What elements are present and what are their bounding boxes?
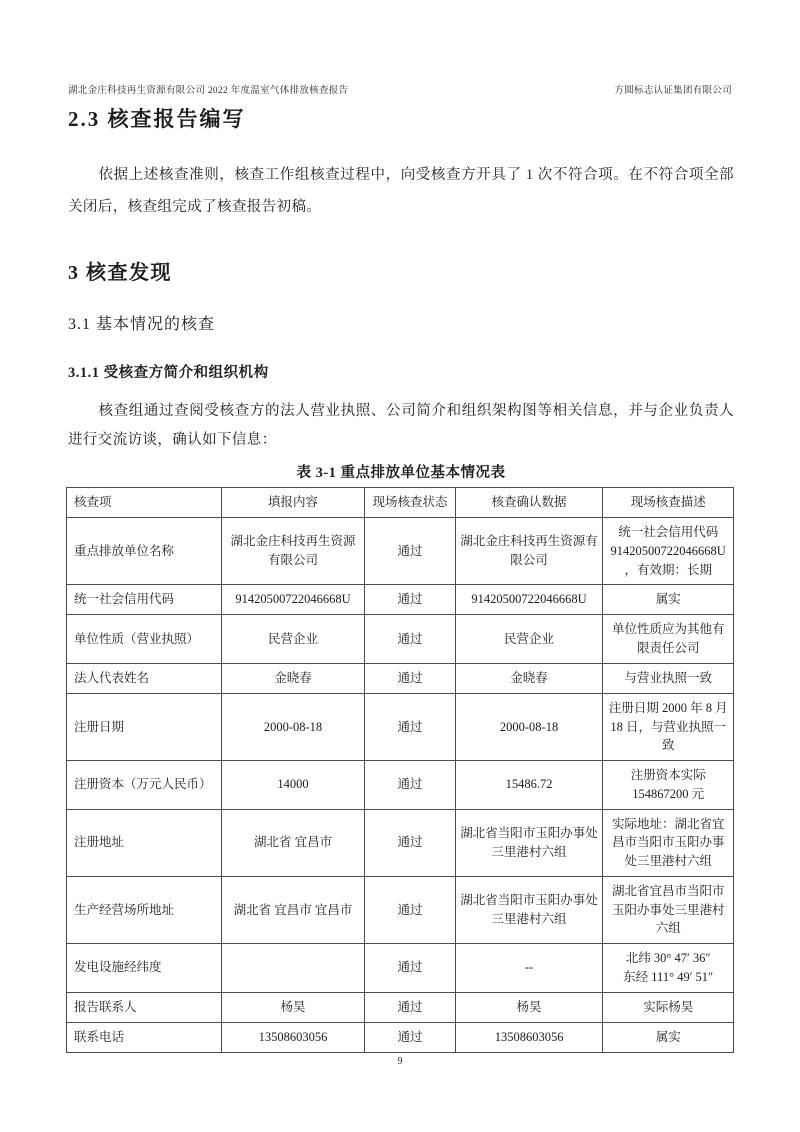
table-cell: -- xyxy=(455,944,603,993)
section-3-1-1-paragraph: 核查组通过查阅受核查方的法人营业执照、公司简介和组织架构图等相关信息，并与企业负… xyxy=(68,397,734,455)
table-cell: 属实 xyxy=(603,1022,734,1052)
table-cell: 发电设施经纬度 xyxy=(67,944,222,993)
table-cell: 湖北金庄科技再生资源有限公司 xyxy=(455,518,603,585)
section-3-heading: 3 核查发现 xyxy=(68,256,172,285)
table-cell: 民营企业 xyxy=(455,615,603,664)
table-cell: 注册日期 2000 年 8 月 18 日，与营业执照一致 xyxy=(603,693,734,760)
table-cell xyxy=(221,944,365,993)
table-cell: 北纬 30° 47′ 36″ 东经 111° 49′ 51″ xyxy=(603,944,734,993)
table-cell: 联系电话 xyxy=(67,1022,222,1052)
table-cell: 注册地址 xyxy=(67,809,222,876)
table-row: 报告联系人杨昊通过杨昊实际杨昊 xyxy=(67,992,734,1022)
table-cell: 湖北省 宜昌市 宜昌市 xyxy=(221,876,365,943)
table-cell: 金晓春 xyxy=(221,663,365,693)
table-cell: 2000-08-18 xyxy=(455,693,603,760)
table-cell: 与营业执照一致 xyxy=(603,663,734,693)
table-row: 注册资本（万元人民币）14000通过15486.72注册资本实际 1548672… xyxy=(67,761,734,810)
table-row: 发电设施经纬度通过--北纬 30° 47′ 36″ 东经 111° 49′ 51… xyxy=(67,944,734,993)
page-header-right: 方圆标志认证集团有限公司 xyxy=(614,82,732,96)
table-cell: 属实 xyxy=(603,585,734,615)
table-cell: 民营企业 xyxy=(221,615,365,664)
table-cell: 实际杨昊 xyxy=(603,992,734,1022)
table-cell: 重点排放单位名称 xyxy=(67,518,222,585)
table-cell: 通过 xyxy=(365,761,455,810)
table-cell: 法人代表姓名 xyxy=(67,663,222,693)
table-cell: 注册资本实际 154867200 元 xyxy=(603,761,734,810)
table-body: 重点排放单位名称湖北金庄科技再生资源有限公司通过湖北金庄科技再生资源有限公司统一… xyxy=(67,518,734,1053)
table-cell: 单位性质（营业执照） xyxy=(67,615,222,664)
table-cell: 通过 xyxy=(365,876,455,943)
table-cell: 13508603056 xyxy=(221,1022,365,1052)
table-row: 注册日期2000-08-18通过2000-08-18注册日期 2000 年 8 … xyxy=(67,693,734,760)
table-cell: 生产经营场所地址 xyxy=(67,876,222,943)
table-cell: 通过 xyxy=(365,992,455,1022)
table-header-cell: 填报内容 xyxy=(221,488,365,518)
table-cell: 湖北金庄科技再生资源有限公司 xyxy=(221,518,365,585)
table-cell: 通过 xyxy=(365,944,455,993)
table-header-cell: 现场核查描述 xyxy=(603,488,734,518)
table-cell: 单位性质应为其他有限责任公司 xyxy=(603,615,734,664)
table-cell: 统一社会信用代码 91420500722046668U，有效期：长期 xyxy=(603,518,734,585)
table-row: 注册地址湖北省 宜昌市通过湖北省当阳市玉阳办事处三里港村六组实际地址：湖北省宜昌… xyxy=(67,809,734,876)
section-2-3-heading: 2.3 核查报告编写 xyxy=(68,103,246,133)
section-2-3-paragraph: 依据上述核查准则，核查工作组核查过程中，向受核查方开具了 1 次不符合项。在不符… xyxy=(68,160,734,224)
table-cell: 湖北省当阳市玉阳办事处三里港村六组 xyxy=(455,876,603,943)
table-cell: 91420500722046668U xyxy=(221,585,365,615)
table-cell: 金晓春 xyxy=(455,663,603,693)
page-header: 湖北金庄科技再生资源有限公司 2022 年度温室气体排放核查报告 方圆标志认证集… xyxy=(68,82,732,96)
page-number: 9 xyxy=(0,1056,800,1067)
table-cell: 通过 xyxy=(365,1022,455,1052)
section-3-1-1-heading: 3.1.1 受核查方简介和组织机构 xyxy=(68,361,269,382)
table-cell: 91420500722046668U xyxy=(455,585,603,615)
table-header-cell: 核查项 xyxy=(67,488,222,518)
section-3-1-heading: 3.1 基本情况的核查 xyxy=(68,311,215,334)
table-cell: 实际地址：湖北省宜昌市当阳市玉阳办事处三里港村六组 xyxy=(603,809,734,876)
page-header-left: 湖北金庄科技再生资源有限公司 2022 年度温室气体排放核查报告 xyxy=(68,82,348,96)
table-container: 核查项填报内容现场核查状态核查确认数据现场核查描述 重点排放单位名称湖北金庄科技… xyxy=(66,487,734,1053)
table-cell: 通过 xyxy=(365,518,455,585)
table-cell: 通过 xyxy=(365,663,455,693)
table-header-cell: 现场核查状态 xyxy=(365,488,455,518)
table-cell: 15486.72 xyxy=(455,761,603,810)
basic-info-table: 核查项填报内容现场核查状态核查确认数据现场核查描述 重点排放单位名称湖北金庄科技… xyxy=(66,487,734,1053)
table-row: 生产经营场所地址湖北省 宜昌市 宜昌市通过湖北省当阳市玉阳办事处三里港村六组湖北… xyxy=(67,876,734,943)
table-cell: 通过 xyxy=(365,585,455,615)
table-cell: 注册日期 xyxy=(67,693,222,760)
table-row: 单位性质（营业执照）民营企业通过民营企业单位性质应为其他有限责任公司 xyxy=(67,615,734,664)
table-cell: 湖北省 宜昌市 xyxy=(221,809,365,876)
table-cell: 湖北省宜昌市当阳市玉阳办事处三里港村六组 xyxy=(603,876,734,943)
table-header-row: 核查项填报内容现场核查状态核查确认数据现场核查描述 xyxy=(67,488,734,518)
document-page: 湖北金庄科技再生资源有限公司 2022 年度温室气体排放核查报告 方圆标志认证集… xyxy=(0,0,800,1132)
table-cell: 统一社会信用代码 xyxy=(67,585,222,615)
table-row: 重点排放单位名称湖北金庄科技再生资源有限公司通过湖北金庄科技再生资源有限公司统一… xyxy=(67,518,734,585)
table-cell: 14000 xyxy=(221,761,365,810)
table-row: 法人代表姓名金晓春通过金晓春与营业执照一致 xyxy=(67,663,734,693)
table-cell: 杨昊 xyxy=(221,992,365,1022)
table-cell: 杨昊 xyxy=(455,992,603,1022)
table-row: 统一社会信用代码91420500722046668U通过914205007220… xyxy=(67,585,734,615)
table-cell: 通过 xyxy=(365,809,455,876)
table-header-cell: 核查确认数据 xyxy=(455,488,603,518)
table-caption: 表 3-1 重点排放单位基本情况表 xyxy=(68,461,734,482)
table-cell: 2000-08-18 xyxy=(221,693,365,760)
table-cell: 通过 xyxy=(365,615,455,664)
table-cell: 通过 xyxy=(365,693,455,760)
table-cell: 报告联系人 xyxy=(67,992,222,1022)
table-cell: 注册资本（万元人民币） xyxy=(67,761,222,810)
table-row: 联系电话13508603056通过13508603056属实 xyxy=(67,1022,734,1052)
table-cell: 湖北省当阳市玉阳办事处三里港村六组 xyxy=(455,809,603,876)
table-cell: 13508603056 xyxy=(455,1022,603,1052)
